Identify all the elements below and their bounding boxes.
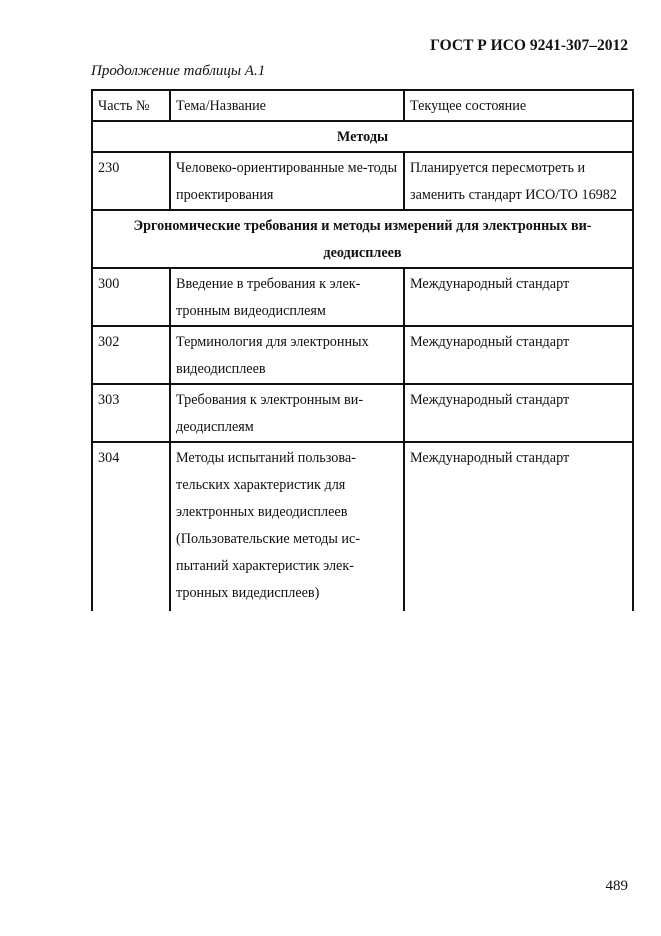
table-caption: Продолжение таблицы А.1 [91,63,265,80]
table-row: 302 Терминология для электронных видеоди… [92,326,633,384]
section-ergonomic: Эргономические требования и методы измер… [92,210,633,268]
page-number: 489 [606,878,629,895]
part-title: Методы испытаний пользова-тельских харак… [170,442,404,611]
section-row: Эргономические требования и методы измер… [92,210,633,268]
part-title: Введение в требования к элек-тронным вид… [170,268,404,326]
table-row: 304 Методы испытаний пользова-тельских х… [92,442,633,611]
part-title: Человеко-ориентированные ме-тоды проекти… [170,152,404,210]
table-header-row: Часть № Тема/Название Текущее состояние [92,90,633,121]
document-id: ГОСТ Р ИСО 9241-307–2012 [430,37,628,55]
part-title: Требования к электронным ви-деодисплеям [170,384,404,442]
part-number: 302 [92,326,170,384]
table-row: 230 Человеко-ориентированные ме-тоды про… [92,152,633,210]
part-title: Терминология для электронных видеодиспле… [170,326,404,384]
part-status: Международный стандарт [404,326,633,384]
column-header-title: Тема/Название [170,90,404,121]
part-number: 300 [92,268,170,326]
table-row: 300 Введение в требования к элек-тронным… [92,268,633,326]
part-status: Международный стандарт [404,442,633,611]
section-methods: Методы [92,121,633,152]
section-row: Методы [92,121,633,152]
standards-table: Часть № Тема/Название Текущее состояние … [91,89,634,611]
part-status: Международный стандарт [404,268,633,326]
table-row: 303 Требования к электронным ви-деодиспл… [92,384,633,442]
column-header-status: Текущее состояние [404,90,633,121]
part-number: 304 [92,442,170,611]
part-number: 230 [92,152,170,210]
part-number: 303 [92,384,170,442]
part-status: Планируется пересмотреть и заменить стан… [404,152,633,210]
part-status: Международный стандарт [404,384,633,442]
column-header-part: Часть № [92,90,170,121]
